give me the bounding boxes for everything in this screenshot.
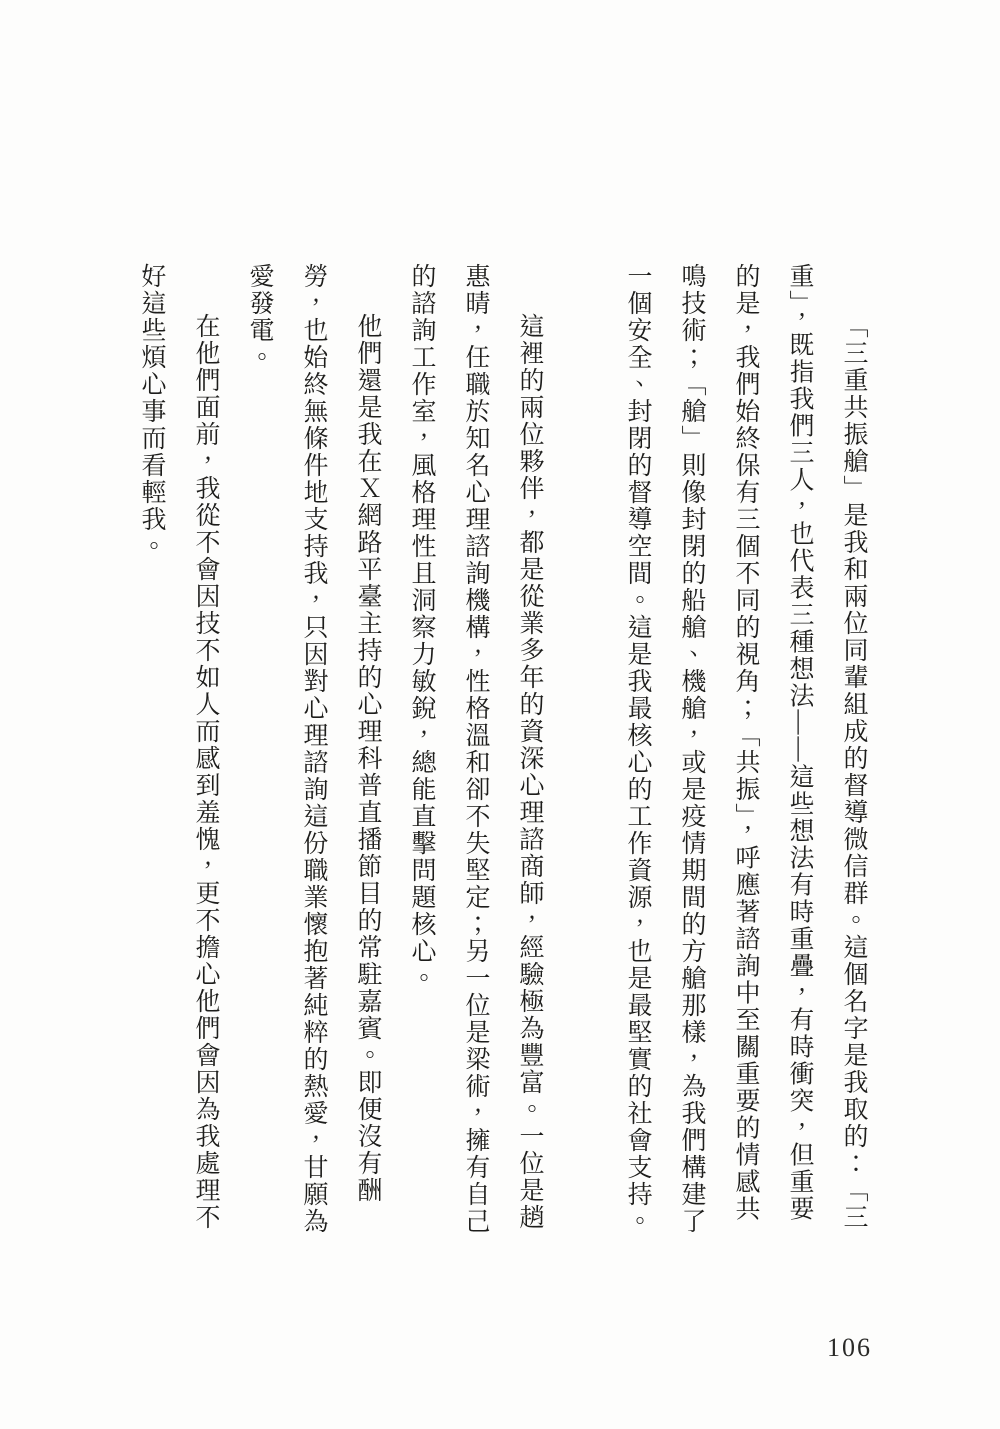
- vertical-text-block: 「三重共振艙」是我和兩位同輩組成的督導微信群。這個名字是我取的：「三重」，既指我…: [124, 263, 880, 1235]
- paragraph-1: 「三重共振艙」是我和兩位同輩組成的督導微信群。這個名字是我取的：「三重」，既指我…: [610, 263, 880, 1235]
- page-number: 106: [827, 1333, 872, 1363]
- paragraph-4: 在他們面前，我從不會因技不如人而感到羞愧，更不擔心他們會因為我處理不好這些煩心事…: [124, 263, 232, 1235]
- paragraph-2: 這裡的兩位夥伴，都是從業多年的資深心理諮商師，經驗極為豐富。一位是趙惠晴，任職於…: [394, 263, 556, 1235]
- paragraph-3: 他們還是我在Ｘ網路平臺主持的心理科普直播節目的常駐嘉賓。即便沒有酬勞，也始終無條…: [232, 263, 394, 1235]
- book-page: 「三重共振艙」是我和兩位同輩組成的督導微信群。這個名字是我取的：「三重」，既指我…: [0, 0, 1000, 1429]
